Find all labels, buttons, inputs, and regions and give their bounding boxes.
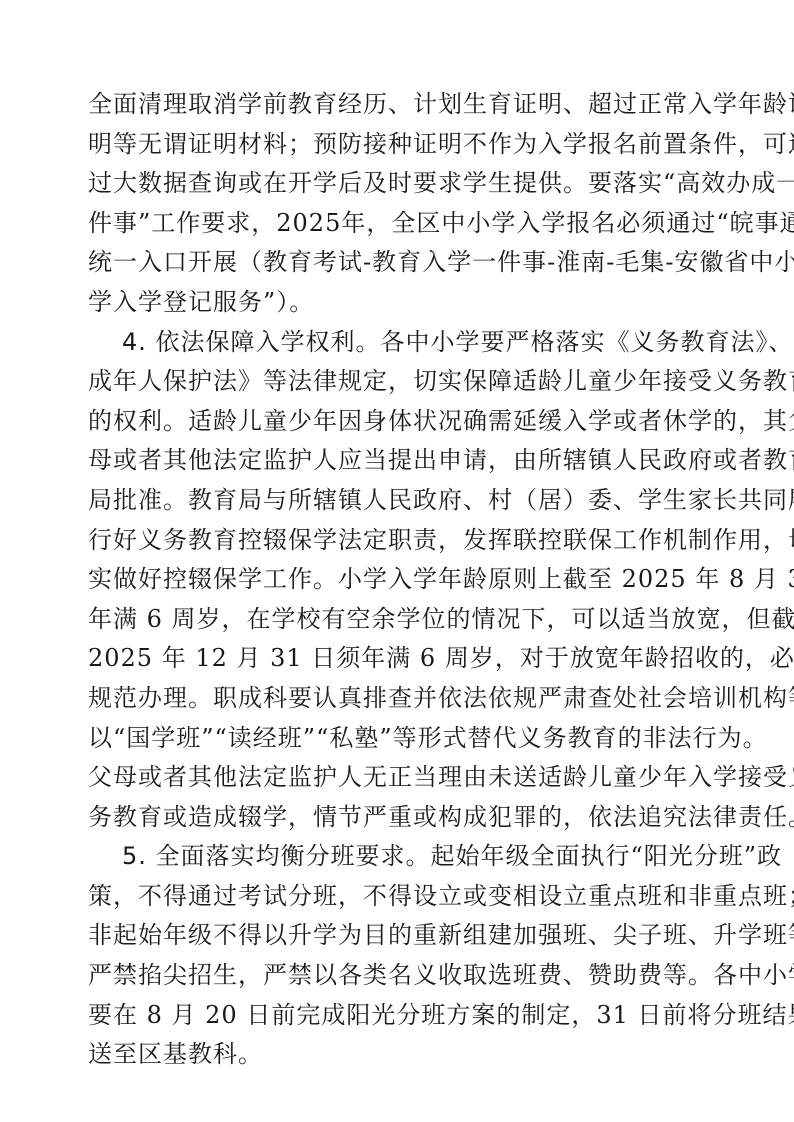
text-span: 起始年级全面执行“阳光分班”政	[431, 842, 783, 870]
section-heading-4: 4. 依法保障入学权利。	[122, 328, 381, 356]
text-line: 规范办理。职成科要认真排查并依法依规严肃查处社会培训机构等	[88, 679, 706, 719]
text-span: 各中小学要严格落实《义务教育法》、《未	[381, 328, 794, 356]
document-page: 全面清理取消学前教育经历、计划生育证明、超过正常入学年龄证 明等无谓证明材料；预…	[88, 85, 706, 1075]
text-line: 策，不得通过考试分班，不得设立或变相设立重点班和非重点班；	[88, 877, 706, 917]
text-line: 以“国学班”“读经班”“私塾”等形式替代义务教育的非法行为。	[88, 719, 706, 759]
text-line: 统一入口开展（教育考试-教育入学一件事-淮南-毛集-安徽省中小	[88, 243, 706, 283]
text-line: 的权利。适龄儿童少年因身体状况确需延缓入学或者休学的，其父	[88, 402, 706, 442]
text-line: 实做好控辍保学工作。小学入学年龄原则上截至 2025 年 8 月 31 日	[88, 560, 706, 600]
text-line: 母或者其他法定监护人应当提出申请，由所辖镇人民政府或者教育	[88, 441, 706, 481]
paragraph-5: 5. 全面落实均衡分班要求。起始年级全面执行“阳光分班”政 策，不得通过考试分班…	[88, 837, 706, 1075]
text-line: 父母或者其他法定监护人无正当理由未送适龄儿童少年入学接受义	[88, 758, 706, 798]
section-heading-5: 5. 全面落实均衡分班要求。	[122, 842, 431, 870]
text-line: 送至区基教科。	[88, 1035, 706, 1075]
text-line: 务教育或造成辍学，情节严重或构成犯罪的，依法追究法律责任。	[88, 798, 706, 838]
text-line: 严禁掐尖招生，严禁以各类名义收取选班费、赞助费等。各中小学	[88, 956, 706, 996]
text-line: 5. 全面落实均衡分班要求。起始年级全面执行“阳光分班”政	[88, 837, 706, 877]
text-line: 行好义务教育控辍保学法定职责，发挥联控联保工作机制作用，切	[88, 521, 706, 561]
text-line: 年满 6 周岁，在学校有空余学位的情况下，可以适当放宽，但截至	[88, 600, 706, 640]
text-line: 件事”工作要求，2025年，全区中小学入学报名必须通过“皖事通”	[88, 204, 706, 244]
text-line: 非起始年级不得以升学为目的重新组建加强班、尖子班、升学班等。	[88, 916, 706, 956]
text-line: 成年人保护法》等法律规定，切实保障适龄儿童少年接受义务教育	[88, 362, 706, 402]
text-line: 局批准。教育局与所辖镇人民政府、村（居）委、学生家长共同履	[88, 481, 706, 521]
text-line: 明等无谓证明材料；预防接种证明不作为入学报名前置条件，可通	[88, 125, 706, 165]
text-line: 学入学登记服务”）。	[88, 283, 706, 323]
text-line: 要在 8 月 20 日前完成阳光分班方案的制定，31 日前将分班结果报	[88, 996, 706, 1036]
paragraph-3-continued: 全面清理取消学前教育经历、计划生育证明、超过正常入学年龄证 明等无谓证明材料；预…	[88, 85, 706, 323]
paragraph-4: 4. 依法保障入学权利。各中小学要严格落实《义务教育法》、《未 成年人保护法》等…	[88, 323, 706, 838]
text-line: 4. 依法保障入学权利。各中小学要严格落实《义务教育法》、《未	[88, 323, 706, 363]
text-line: 全面清理取消学前教育经历、计划生育证明、超过正常入学年龄证	[88, 85, 706, 125]
text-line: 2025 年 12 月 31 日须年满 6 周岁，对于放宽年龄招收的，必须公开	[88, 639, 706, 679]
text-line: 过大数据查询或在开学后及时要求学生提供。要落实“高效办成一	[88, 164, 706, 204]
